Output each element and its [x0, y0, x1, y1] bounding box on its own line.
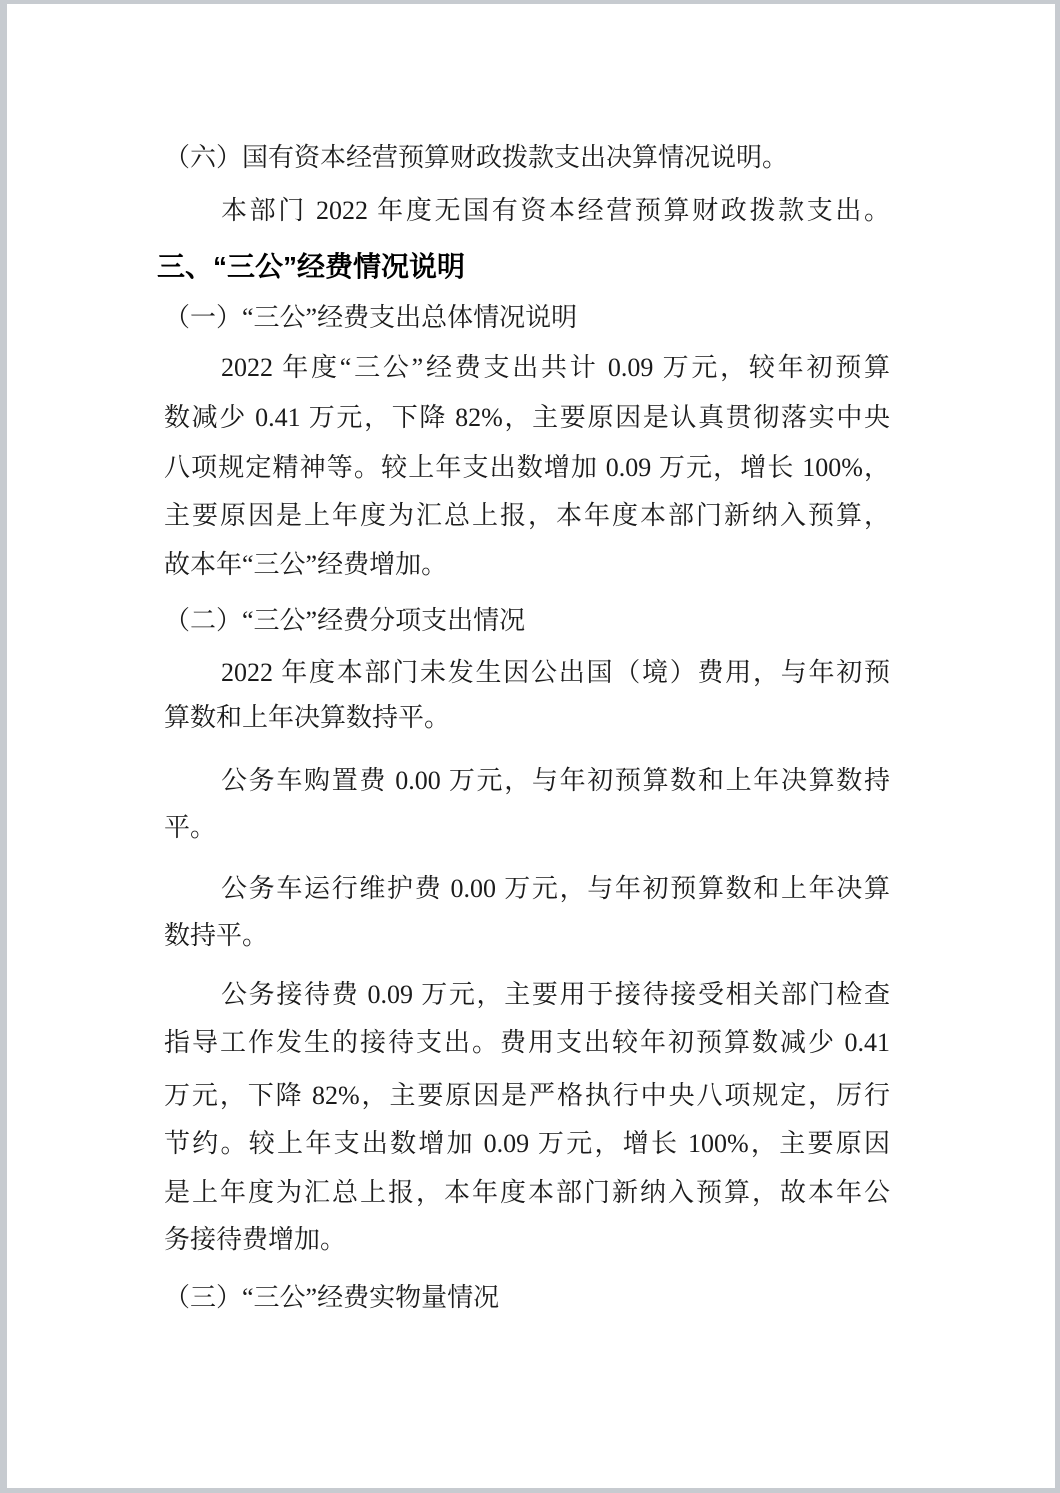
doc-line: 公务车运行维护费 0.00 万元，与年初预算数和上年决算	[164, 867, 890, 911]
doc-line: 算数和上年决算数持平。	[164, 696, 890, 740]
doc-line: 是上年度为汇总上报，本年度本部门新纳入预算，故本年公	[164, 1171, 890, 1215]
doc-line: 主要原因是上年度为汇总上报，本年度本部门新纳入预算，	[164, 494, 890, 538]
subsection-1-heading: （一）“三公”经费支出总体情况说明	[164, 296, 890, 340]
section-3-heading: 三、“三公”经费情况说明	[157, 245, 883, 289]
doc-line: 公务接待费 0.09 万元，主要用于接待接受相关部门检查	[164, 973, 890, 1017]
doc-line: 平。	[164, 806, 890, 850]
doc-line: 2022 年度“三公”经费支出共计 0.09 万元，较年初预算	[164, 346, 890, 390]
doc-line: 务接待费增加。	[164, 1218, 890, 1262]
subsection-6-heading: （六）国有资本经营预算财政拨款支出决算情况说明。	[164, 136, 890, 180]
document-viewport: （六）国有资本经营预算财政拨款支出决算情况说明。 本部门 2022 年度无国有资…	[0, 0, 1060, 1493]
doc-line: 数持平。	[164, 914, 890, 958]
doc-line: 公务车购置费 0.00 万元，与年初预算数和上年决算数持	[164, 759, 890, 803]
doc-line: 指导工作发生的接待支出。费用支出较年初预算数减少 0.41	[164, 1021, 890, 1065]
doc-line: 本部门 2022 年度无国有资本经营预算财政拨款支出。	[164, 189, 890, 233]
subsection-2-heading: （二）“三公”经费分项支出情况	[164, 599, 890, 643]
doc-line: 数减少 0.41 万元，下降 82%，主要原因是认真贯彻落实中央	[164, 396, 890, 440]
doc-line: 万元，下降 82%，主要原因是严格执行中央八项规定，厉行	[164, 1074, 890, 1118]
doc-line: 2022 年度本部门未发生因公出国（境）费用，与年初预	[164, 651, 890, 695]
subsection-3-heading: （三）“三公”经费实物量情况	[164, 1276, 890, 1320]
doc-line: 故本年“三公”经费增加。	[164, 543, 890, 587]
doc-line: 八项规定精神等。较上年支出数增加 0.09 万元，增长 100%，	[164, 446, 890, 490]
doc-line: 节约。较上年支出数增加 0.09 万元，增长 100%，主要原因	[164, 1122, 890, 1166]
